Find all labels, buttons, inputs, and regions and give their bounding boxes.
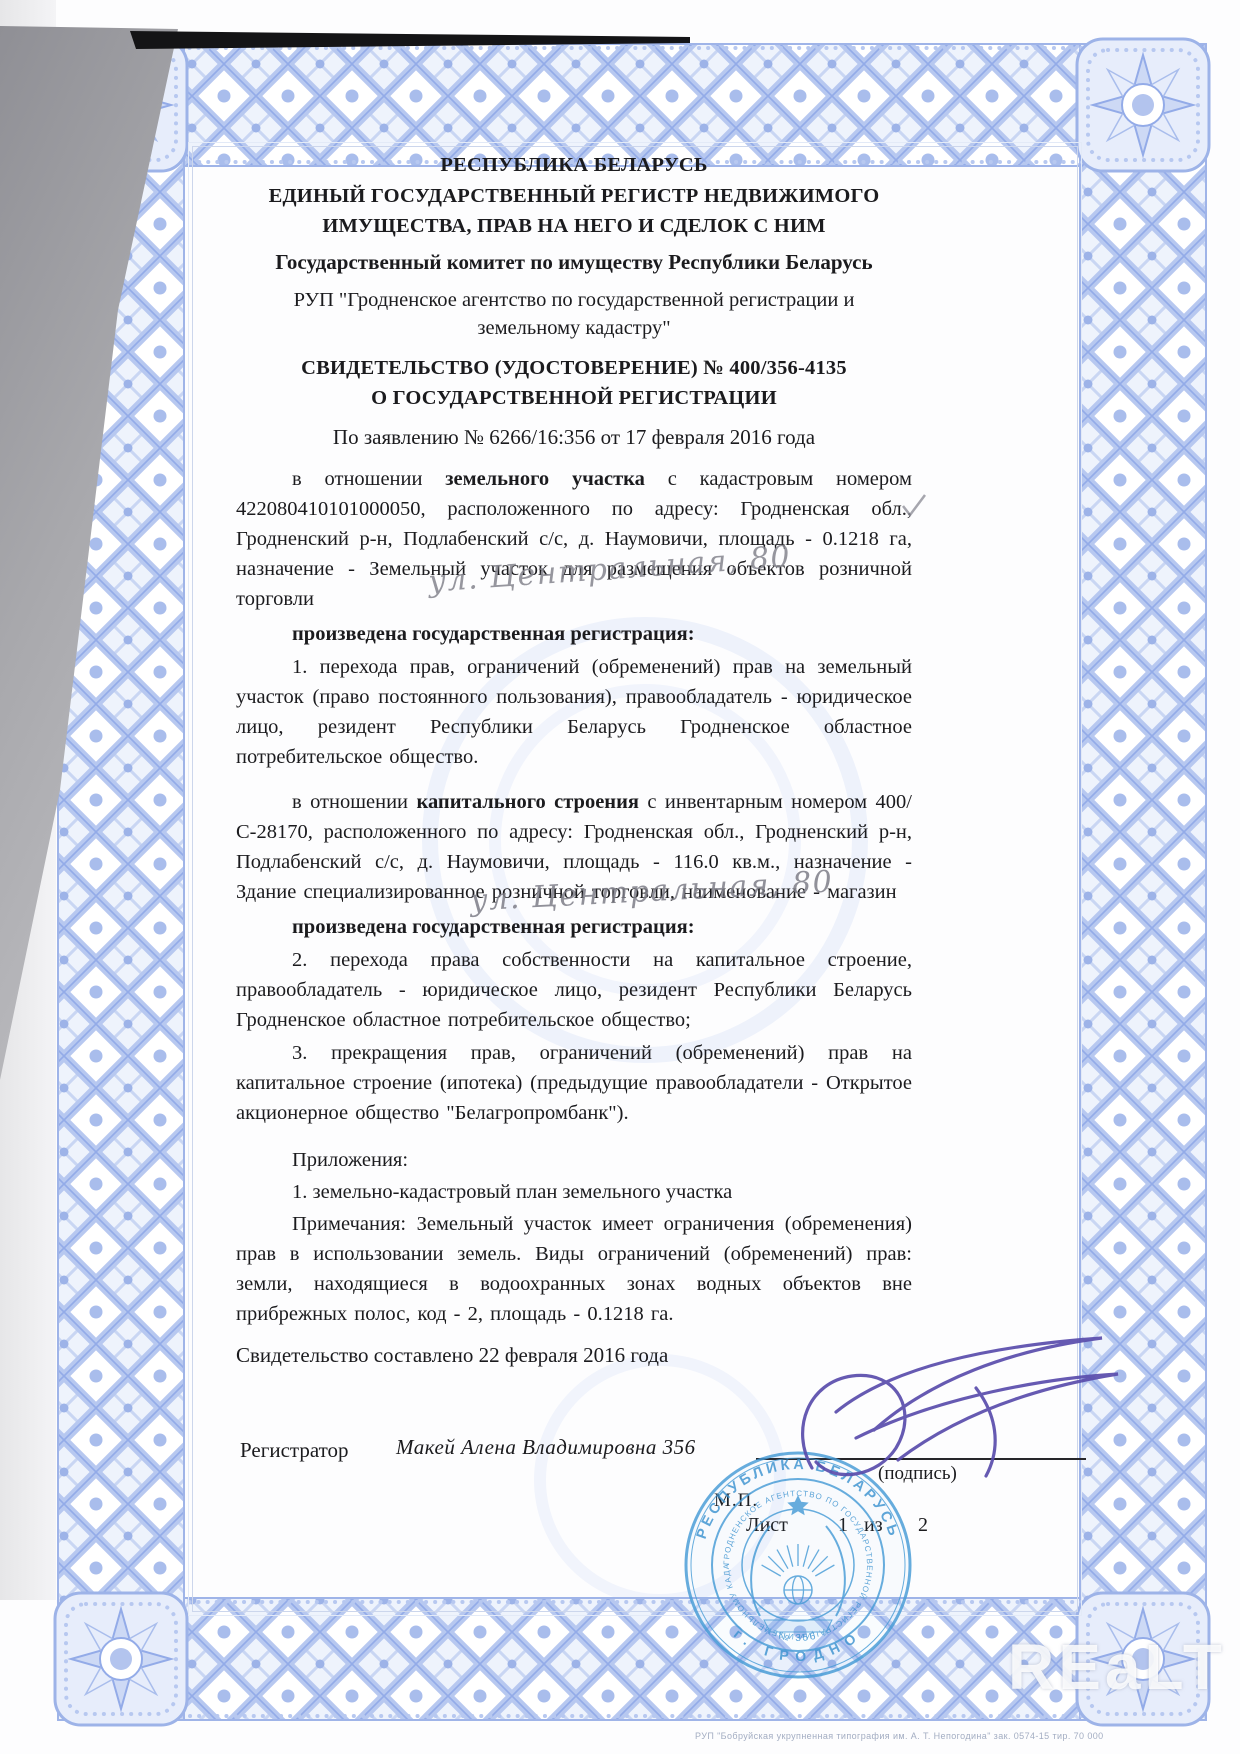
building-intro: в отношении <box>292 791 416 813</box>
land-plot-paragraph: в отношении земельного участка с кадастр… <box>236 464 912 614</box>
registration-heading-1: произведена государственная регистрация: <box>236 619 912 649</box>
agency-line2: земельному кадастру" <box>477 317 670 339</box>
registry-title-line1: ЕДИНЫЙ ГОСУДАРСТВЕННЫЙ РЕГИСТР НЕДВИЖИМО… <box>269 185 880 207</box>
notes-paragraph: Примечания: Земельный участок имеет огра… <box>236 1209 912 1329</box>
composed-line: Свидетельство составлено 22 февраля 2016… <box>236 1340 912 1370</box>
certificate-title-line2: О ГОСУДАРСТВЕННОЙ РЕГИСТРАЦИИ <box>371 387 777 409</box>
realt-watermark: REaLT <box>1008 1630 1226 1704</box>
registration-item-3: 3. прекращения прав, ограничений (обреме… <box>236 1038 912 1128</box>
committee-line: Государственный комитет по имуществу Рес… <box>236 247 912 277</box>
agency-line: РУП "Гродненское агентство по государств… <box>236 286 912 342</box>
country-title: РЕСПУБЛИКА БЕЛАРУСЬ <box>236 148 912 180</box>
signature-line <box>756 1458 1086 1460</box>
building-object: капитального строения <box>416 791 639 813</box>
seal-place-abbr: М.П. <box>714 1490 758 1512</box>
sheet-label: Лист <box>746 1514 788 1537</box>
scanned-certificate-page: РЕСПУБЛИКА БЕЛАРУСЬ ЕДИНЫЙ ГОСУДАРСТВЕНН… <box>0 0 1240 1754</box>
sheet-total: 2 <box>918 1514 928 1537</box>
sheet-separator: из <box>864 1514 883 1537</box>
certificate-title: СВИДЕТЕЛЬСТВО (УДОСТОВЕРЕНИЕ) № 400/356-… <box>236 353 912 413</box>
registry-title-line2: ИМУЩЕСТВА, ПРАВ НА НЕГО И СДЕЛОК С НИМ <box>322 215 825 237</box>
application-line: По заявлению № 6266/16:356 от 17 февраля… <box>236 422 912 452</box>
certificate-title-line1: СВИДЕТЕЛЬСТВО (УДОСТОВЕРЕНИЕ) № 400/356-… <box>301 357 847 379</box>
agency-line1: РУП "Гродненское агентство по государств… <box>294 289 855 311</box>
print-shop-footnote: РУП "Бобруйская укрупненная типография и… <box>695 1731 1104 1741</box>
sheet-current: 1 <box>838 1514 848 1537</box>
registry-title: ЕДИНЫЙ ГОСУДАРСТВЕННЫЙ РЕГИСТР НЕДВИЖИМО… <box>236 181 912 241</box>
registrar-name: Макей Алена Владимировна 356 <box>396 1435 696 1460</box>
attachments-heading: Приложения: <box>236 1145 912 1175</box>
registration-item-2: 2. перехода права собственности на капит… <box>236 945 912 1035</box>
registration-heading-2: произведена государственная регистрация: <box>236 912 912 942</box>
registration-item-1: 1. перехода прав, ограничений (обременен… <box>236 652 912 772</box>
signature-caption: (подпись) <box>878 1463 957 1485</box>
attachment-item-1: 1. земельно-кадастровый план земельного … <box>236 1177 912 1207</box>
land-plot-intro: в отношении <box>292 468 445 490</box>
registrar-label: Регистратор <box>240 1438 349 1463</box>
land-plot-object: земельного участка <box>445 468 645 490</box>
certificate-body: РЕСПУБЛИКА БЕЛАРУСЬ ЕДИНЫЙ ГОСУДАРСТВЕНН… <box>236 148 912 1370</box>
